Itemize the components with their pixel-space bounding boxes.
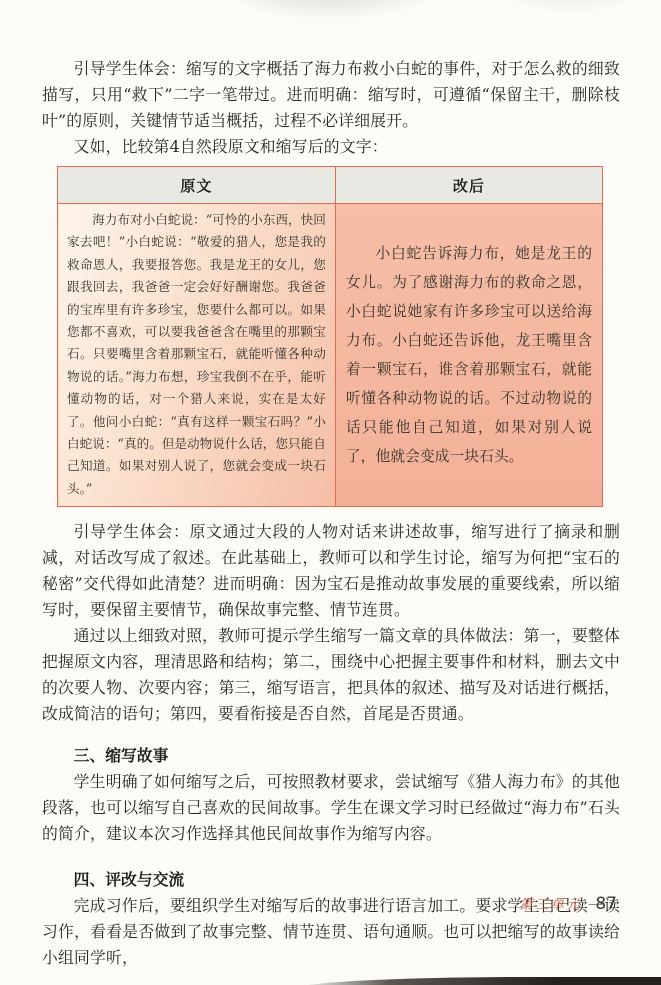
- textbook-page: 引导学生体会：缩写的文字概括了海力布救小白蛇的事件，对于怎么救的细致描写，只用“…: [0, 0, 661, 985]
- section-heading-review-exchange: 四、评改与交流: [42, 867, 620, 893]
- page-content: 引导学生体会：缩写的文字概括了海力布救小白蛇的事件，对于怎么救的细致描写，只用“…: [42, 56, 620, 971]
- section-heading-rewrite-story: 三、缩写故事: [42, 743, 620, 769]
- original-vs-revised-table: 原文 改后 海力布对小白蛇说：“可怜的小东西，快回家去吧！”小白蛇说：“敬爱的猎…: [57, 166, 603, 507]
- book-edge-shadow: [295, 977, 661, 985]
- cell-revised-text: 小白蛇告诉海力布，她是龙王的女儿。为了感谢海力布的救命之恩，小白蛇说她家有许多珍…: [335, 204, 602, 507]
- scan-smudge: [500, 0, 640, 14]
- paragraph-analysis-guide: 引导学生体会：原文通过大段的人物对话来讲述故事，缩写进行了摘录和删减，对话改写成…: [42, 519, 620, 623]
- scan-smudge: [215, 0, 445, 22]
- cell-original-text: 海力布对小白蛇说：“可怜的小东西，快回家去吧！”小白蛇说：“敬爱的猎人，您是我的…: [58, 204, 336, 507]
- spacer: [42, 847, 620, 863]
- page-footer: 第三单元 87: [519, 893, 617, 914]
- header-cell-revised: 改后: [335, 167, 602, 204]
- table-header-row: 原文 改后: [58, 167, 603, 204]
- paragraph-compare-guidance: 引导学生体会：缩写的文字概括了海力布救小白蛇的事件，对于怎么救的细致描写，只用“…: [42, 56, 620, 134]
- revised-passage: 小白蛇告诉海力布，她是龙王的女儿。为了感谢海力布的救命之恩，小白蛇说她家有许多珍…: [346, 239, 592, 471]
- paragraph-analysis-method: 通过以上细致对照，教师可提示学生缩写一篇文章的具体做法：第一，要整体把握原文内容…: [42, 623, 620, 727]
- page-number: 87: [595, 894, 617, 914]
- spacer: [42, 727, 620, 743]
- original-passage: 海力布对小白蛇说：“可怜的小东西，快回家去吧！”小白蛇说：“敬爱的猎人，您是我的…: [67, 209, 326, 500]
- unit-label: 第三单元: [519, 893, 581, 913]
- table-body-row: 海力布对小白蛇说：“可怜的小东西，快回家去吧！”小白蛇说：“敬爱的猎人，您是我的…: [58, 204, 603, 507]
- header-cell-original: 原文: [58, 167, 336, 204]
- paragraph-example-lead: 又如，比较第4自然段原文和缩写后的文字：: [42, 134, 620, 160]
- paragraph-rewrite-story: 学生明确了如何缩写之后，可按照教材要求，尝试缩写《猎人海力布》的其他段落，也可以…: [42, 769, 620, 847]
